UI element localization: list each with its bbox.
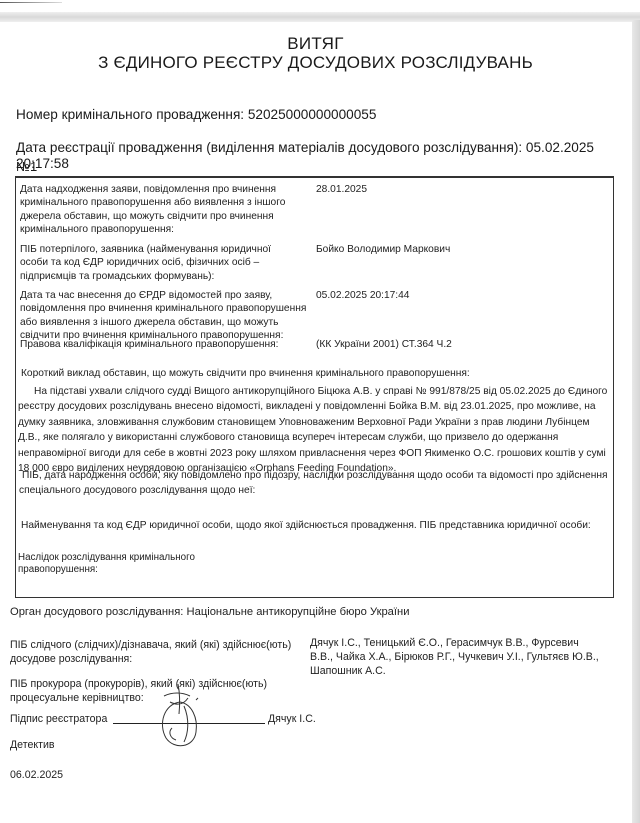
- investigators-label-line1: ПІБ слідчого (слідчих)/дізнавача, який (…: [10, 638, 310, 652]
- row-value-qualification: (КК України 2001) СТ.364 Ч.2: [316, 338, 452, 351]
- prosecutors-label-line1: ПІБ прокурора (прокурорів), який (які) з…: [10, 677, 267, 691]
- investigators-list: Дячук І.С., Теницький Є.О., Герасимчук В…: [310, 636, 599, 678]
- row-label-qualification: Правова кваліфікація кримінального право…: [20, 338, 312, 351]
- record-table: Дата надходження заяви, повідомлення про…: [15, 176, 614, 598]
- case-number: 52025000000000055: [248, 107, 377, 122]
- row-label-victim: ПІБ потерпілого, заявника (найменування …: [20, 243, 300, 283]
- prosecutors-label-line2: процесуальне керівництво:: [10, 691, 267, 705]
- document-page: ВИТЯГ З ЄДИНОГО РЕЄСТРУ ДОСУДОВИХ РОЗСЛІ…: [0, 22, 631, 823]
- summary-text: На підставі ухвали слідчого судді Вищого…: [18, 384, 610, 476]
- page-separator: [0, 12, 640, 22]
- row-label-receipt-date: Дата надходження заяви, повідомлення про…: [20, 183, 300, 237]
- authority-value: Національне антикорупційне бюро України: [187, 606, 410, 618]
- case-number-label: Номер кримінального провадження:: [16, 107, 244, 122]
- scan-mark: [0, 2, 62, 3]
- document-title: ВИТЯГ: [0, 34, 631, 54]
- registrar-signature-label: Підпис реєстратора: [10, 712, 107, 726]
- summary-label: Короткий виклад обставин, що можуть свід…: [21, 366, 470, 381]
- registration-date: 05.02.2025: [526, 140, 594, 155]
- row-value-receipt-date: 28.01.2025: [316, 183, 367, 196]
- investigators-label: ПІБ слідчого (слідчих)/дізнавача, який (…: [10, 638, 310, 666]
- prosecutors-label: ПІБ прокурора (прокурорів), який (які) з…: [10, 677, 267, 705]
- row-value-entry-date: 05.02.2025 20:17:44: [316, 289, 409, 302]
- row-label-entry-date: Дата та час внесення до ЄРДР відомостей …: [20, 289, 312, 343]
- consequence-label-line1: Наслідок розслідування кримінального: [18, 552, 195, 564]
- authority-line: Орган досудового розслідування: Націонал…: [10, 605, 409, 619]
- record-number: №1: [16, 159, 37, 175]
- registration-date-label: Дата реєстрації провадження (виділення м…: [16, 140, 522, 155]
- registration-date-line: Дата реєстрації провадження (виділення м…: [16, 140, 594, 156]
- scrollbar[interactable]: [632, 20, 640, 823]
- investigators-line1: Дячук І.С., Теницький Є.О., Герасимчук В…: [310, 636, 599, 650]
- case-number-line: Номер кримінального провадження: 5202500…: [16, 107, 376, 123]
- registrar-name: Дячук І.С.: [268, 712, 316, 726]
- signature-icon: [150, 680, 220, 750]
- investigators-line2: В.В., Чайка Х.А., Бірюков Р.Г., Чучкевич…: [310, 650, 599, 664]
- row-value-victim: Бойко Володимир Маркович: [316, 243, 450, 256]
- registrar-position: Детектив: [10, 738, 55, 752]
- consequence-label: Наслідок розслідування кримінального пра…: [18, 552, 195, 576]
- authority-label: Орган досудового розслідування:: [10, 606, 183, 618]
- legal-entity-label: Найменування та код ЄДР юридичної особи,…: [21, 518, 591, 533]
- investigators-label-line2: досудове розслідування:: [10, 652, 310, 666]
- document-subtitle: З ЄДИНОГО РЕЄСТРУ ДОСУДОВИХ РОЗСЛІДУВАНЬ: [0, 53, 631, 73]
- suspect-label: ПІБ, дата народження особи, яку повідомл…: [19, 468, 609, 498]
- document-date: 06.02.2025: [10, 768, 63, 782]
- investigators-line3: Шапошник А.С.: [310, 664, 599, 678]
- consequence-label-line2: правопорушення:: [18, 564, 195, 576]
